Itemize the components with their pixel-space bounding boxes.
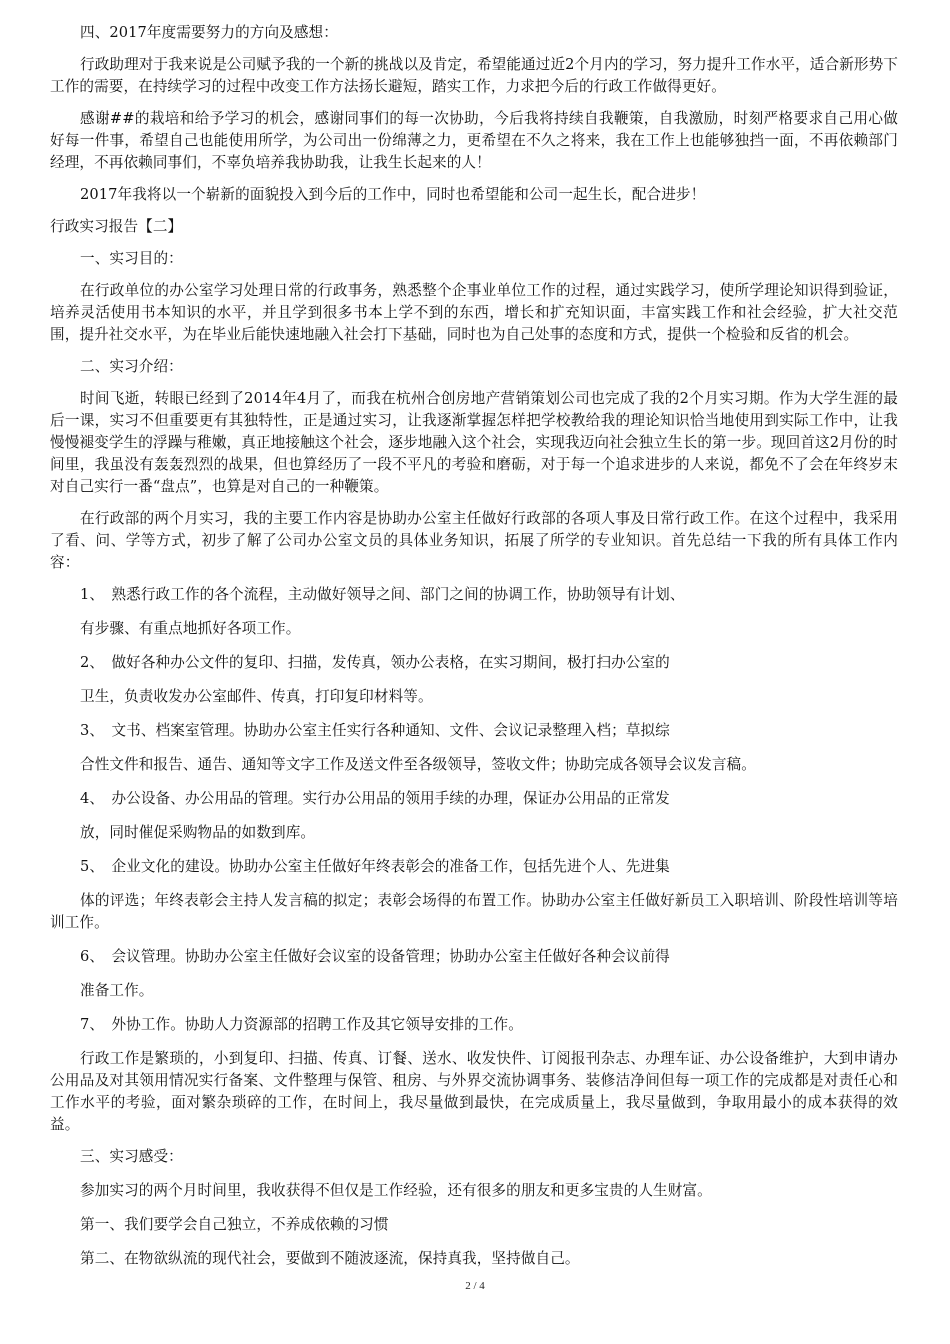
list-item-continuation: 卫生，负责收发办公室邮件、传真，打印复印材料等。 bbox=[50, 686, 898, 708]
report-title: 行政实习报告【二】 bbox=[50, 216, 898, 238]
section-heading: 一、实习目的： bbox=[50, 248, 898, 270]
paragraph: 在行政单位的办公室学习处理日常的行政事务，熟悉整个企事业单位工作的过程，通过实践… bbox=[50, 280, 898, 346]
paragraph: 感谢##的栽培和给予学习的机会，感谢同事们的每一次协助，今后我将持续自我鞭策，自… bbox=[50, 108, 898, 174]
section-heading: 二、实习介绍： bbox=[50, 356, 898, 378]
list-item: 6、 会议管理。协助办公室主任做好会议室的设备管理；协助办公室主任做好各种会议前… bbox=[50, 946, 898, 968]
list-item: 1、 熟悉行政工作的各个流程，主动做好领导之间、部门之间的协调工作，协助领导有计… bbox=[50, 584, 898, 606]
list-item-continuation: 有步骤、有重点地抓好各项工作。 bbox=[50, 618, 898, 640]
list-item-continuation: 体的评选；年终表彰会主持人发言稿的拟定；表彰会场得的布置工作。协助办公室主任做好… bbox=[50, 890, 898, 934]
list-item-continuation: 放，同时催促采购物品的如数到库。 bbox=[50, 822, 898, 844]
paragraph: 在行政部的两个月实习，我的主要工作内容是协助办公室主任做好行政部的各项人事及日常… bbox=[50, 508, 898, 574]
paragraph: 行政助理对于我来说是公司赋予我的一个新的挑战以及肯定，希望能通过近2个月内的学习… bbox=[50, 54, 898, 98]
paragraph: 参加实习的两个月时间里，我收获得不但仅是工作经验，还有很多的朋友和更多宝贵的人生… bbox=[50, 1180, 898, 1202]
paragraph: 2017年我将以一个崭新的面貌投入到今后的工作中，同时也希望能和公司一起生长，配… bbox=[50, 184, 898, 206]
list-item: 4、 办公设备、办公用品的管理。实行办公用品的领用手续的办理，保证办公用品的正常… bbox=[50, 788, 898, 810]
list-item: 2、 做好各种办公文件的复印、扫描，发传真，领办公表格，在实习期间，极打扫办公室… bbox=[50, 652, 898, 674]
list-item-continuation: 合性文件和报告、通告、通知等文字工作及送文件至各级领导，签收文件；协助完成各领导… bbox=[50, 754, 898, 776]
list-item: 5、 企业文化的建设。协助办公室主任做好年终表彰会的准备工作，包括先进个人、先进… bbox=[50, 856, 898, 878]
paragraph: 第一、我们要学会自己独立，不养成依赖的习惯 bbox=[50, 1214, 898, 1236]
list-item-continuation: 准备工作。 bbox=[50, 980, 898, 1002]
paragraph: 时间飞逝，转眼已经到了2014年4月了，而我在杭州合创房地产营销策划公司也完成了… bbox=[50, 388, 898, 498]
page-number: 2 / 4 bbox=[0, 1280, 950, 1292]
section-heading: 四、2017年度需要努力的方向及感想： bbox=[50, 22, 898, 44]
section-heading: 三、实习感受： bbox=[50, 1146, 898, 1168]
list-item: 3、 文书、档案室管理。协助办公室主任实行各种通知、文件、会议记录整理入档；草拟… bbox=[50, 720, 898, 742]
paragraph: 行政工作是繁琐的，小到复印、扫描、传真、订餐、送水、收发快件、订阅报刊杂志、办理… bbox=[50, 1048, 898, 1136]
paragraph: 第二、在物欲纵流的现代社会，要做到不随波逐流，保持真我，坚持做自己。 bbox=[50, 1248, 898, 1270]
document-page: 四、2017年度需要努力的方向及感想： 行政助理对于我来说是公司赋予我的一个新的… bbox=[50, 22, 898, 1282]
list-item: 7、 外协工作。协助人力资源部的招聘工作及其它领导安排的工作。 bbox=[50, 1014, 898, 1036]
